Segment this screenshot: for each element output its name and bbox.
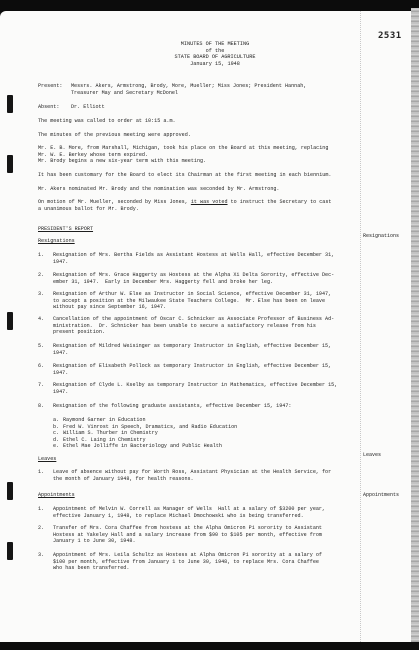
margin-note-appointments: Appointments (363, 492, 399, 498)
item-number: 4. (38, 316, 44, 322)
appointment-item-cont: effective January 1, 1948, to replace Mi… (53, 513, 304, 520)
meeting-date: January 15, 1948 (160, 61, 270, 68)
resignation-item-cont: 1947. (53, 259, 68, 266)
margin-note-leaves: Leaves (363, 452, 381, 458)
paragraph: a unanimous ballot for Mr. Brody. (38, 206, 139, 213)
motion-text: On motion of Mr. Mueller, seconded by Mi… (38, 199, 191, 205)
item-number: 3. (38, 291, 44, 297)
binder-hole-mark (7, 482, 13, 500)
sub-item-letter: a. (53, 417, 59, 423)
binder-hole-mark (7, 542, 13, 560)
leave-item-cont: the month of January 1948, for health re… (53, 476, 194, 483)
resignation-item-cont: present position. (53, 329, 105, 336)
minutes-title: MINUTES OF THE MEETING of the STATE BOAR… (160, 41, 270, 67)
item-number: 7. (38, 382, 44, 388)
item-number: 5. (38, 343, 44, 349)
resignation-item-cont: ember 31, 1947. Early in December Mrs. H… (53, 279, 273, 286)
margin-note-resignations: Resignations (363, 233, 399, 239)
present-label: Present: (38, 83, 62, 90)
subsection-heading-appointments: Appointments (38, 492, 75, 499)
title-line: STATE BOARD OF AGRICULTURE (160, 54, 270, 61)
item-number: 6. (38, 363, 44, 369)
paragraph: Mr. Akers nominated Mr. Brody and the no… (38, 186, 279, 193)
resignation-item-cont: 1947. (53, 350, 68, 357)
resignation-item-cont: without pay since September 16, 1947. (53, 304, 166, 311)
paragraph: The minutes of the previous meeting were… (38, 132, 191, 139)
appointment-item-cont: January 1 to June 30, 1948. (53, 538, 136, 545)
title-line: of the (160, 48, 270, 55)
sub-item-letter: b. (53, 424, 59, 430)
title-line: MINUTES OF THE MEETING (160, 41, 270, 48)
paragraph: Mr. Brody begins a new six-year term wit… (38, 158, 206, 165)
margin-rule (360, 11, 361, 642)
voted-phrase: it was voted (191, 199, 228, 205)
paragraph: The meeting was called to order at 10:15… (38, 118, 176, 125)
subsection-heading-leaves: Leaves (38, 456, 56, 463)
resignation-item: Resignation of Elisabeth Pollock as temp… (53, 363, 331, 370)
sub-item-letter: e. (53, 443, 59, 449)
item-number: 1. (38, 252, 44, 258)
scan-bottom-border (0, 642, 419, 650)
binder-hole-mark (7, 95, 13, 113)
sub-item-letter: c. (53, 430, 59, 436)
resignation-item-cont: 1947. (53, 370, 68, 377)
binder-hole-mark (7, 312, 13, 330)
sub-item: Ethel Mae Jolliffe in Bacteriology and P… (63, 443, 222, 450)
page-number: 2531 (378, 31, 402, 41)
page-stack-edge (411, 8, 419, 644)
absent-list: Dr. Elliott (71, 104, 105, 111)
resignation-item: Resignation of Mrs. Bertha Fields as Ass… (53, 252, 334, 259)
item-number: 1. (38, 506, 44, 512)
absent-label: Absent: (38, 104, 59, 111)
resignation-item: Resignation of the following graduate as… (53, 403, 291, 410)
item-number: 8. (38, 403, 44, 409)
item-number: 2. (38, 525, 44, 531)
paragraph: It has been customary for the Board to e… (38, 172, 331, 179)
sub-item-letter: d. (53, 437, 59, 443)
resignation-item: Resignation of Clyde L. Kselby as tempor… (53, 382, 337, 389)
appointment-item-cont: who has been transferred. (53, 565, 129, 572)
item-number: 2. (38, 272, 44, 278)
subsection-heading-resignations: Resignations (38, 238, 75, 245)
resignation-item: Resignation of Mildred Weisinger as temp… (53, 343, 331, 350)
item-number: 1. (38, 469, 44, 475)
present-list-cont: Treasurer May and Secretary McDonel (71, 90, 178, 97)
binder-hole-mark (7, 155, 13, 173)
resignation-item-cont: 1947. (53, 389, 68, 396)
section-heading-presidents-report: PRESIDENT'S REPORT (38, 226, 93, 233)
motion-text: to instruct the Secretary to cast (228, 199, 332, 205)
item-number: 3. (38, 552, 44, 558)
